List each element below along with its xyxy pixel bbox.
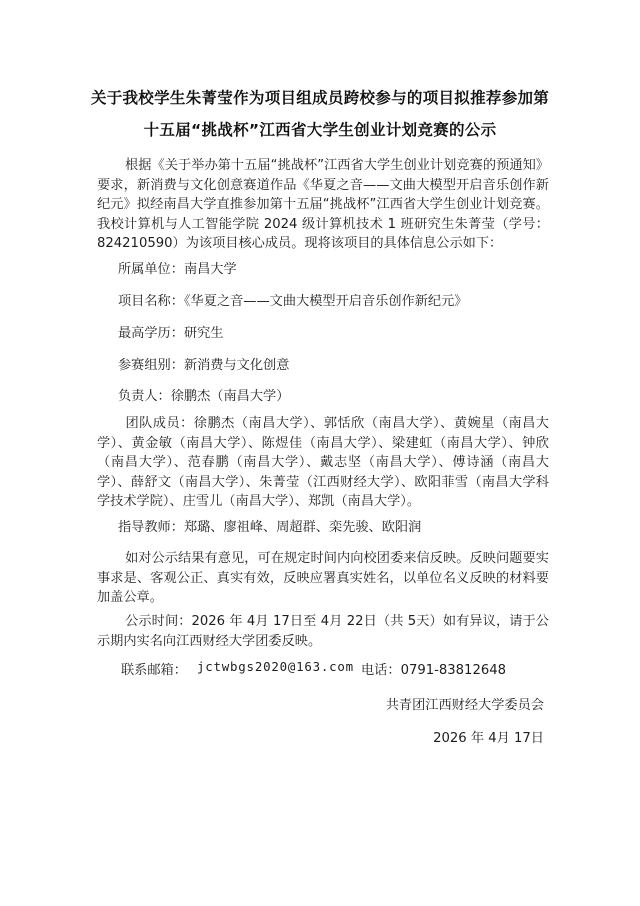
- team-label: 团队成员：: [125, 416, 194, 431]
- document-page: 关于我校学生朱菁莹作为项目组成员跨校参与的项目拟推荐参加第 十五届“挑战杯”江西…: [0, 0, 640, 906]
- contact-phone-label: 电话：: [361, 663, 401, 678]
- advisors-value: 郑璐、廖祖峰、周超群、栾先骏、欧阳润: [184, 520, 421, 535]
- field-value: 研究生: [184, 326, 224, 341]
- signature-date: 2026 年 4月 17日: [433, 727, 544, 746]
- field-education: 最高学历：研究生: [118, 324, 224, 343]
- contact-phone-number: 0791-83812648: [401, 663, 506, 678]
- field-value: 《华夏之音——文曲大模型开启音乐创作新纪元》: [184, 294, 468, 309]
- contact-email[interactable]: jctwbgs2020@163.com: [197, 659, 354, 674]
- document-title-line-2: 十五届“挑战杯”江西省大学生创业计划竞赛的公示: [0, 118, 640, 140]
- field-affiliation: 所属单位：南昌大学: [118, 260, 237, 279]
- field-leader: 负责人：徐鹏杰（南昌大学）: [118, 387, 289, 406]
- field-category: 参赛组别：新消费与文化创意: [118, 356, 289, 375]
- team-members-paragraph: 团队成员：徐鹏杰（南昌大学）、郭恬欣（南昌大学）、黄婉星（南昌大学）、黄金敏（南…: [97, 414, 549, 512]
- signature-organization: 共青团江西财经大学委员会: [386, 694, 544, 713]
- period-text: 公示时间：2026 年 4月 17日至 4月 22日（共 5天）如有异议，请于公…: [97, 614, 549, 649]
- field-value: 徐鹏杰（南昌大学）: [171, 389, 290, 404]
- advisors-line: 指导教师：郑璐、廖祖峰、周超群、栾先骏、欧阳润: [118, 518, 421, 537]
- intro-text: 根据《关于举办第十五届“挑战杯”江西省大学生创业计划竞赛的预通知》要求，新消费与…: [97, 158, 549, 251]
- objection-paragraph: 如对公示结果有意见，可在规定时间内向校团委来信反映。反映问题要实事求是、客观公正…: [97, 549, 549, 608]
- document-title-line-1: 关于我校学生朱菁莹作为项目组成员跨校参与的项目拟推荐参加第: [0, 86, 640, 108]
- objection-text: 如对公示结果有意见，可在规定时间内向校团委来信反映。反映问题要实事求是、客观公正…: [97, 551, 549, 605]
- field-label: 负责人：: [118, 389, 171, 404]
- advisors-label: 指导教师：: [118, 520, 184, 535]
- intro-paragraph: 根据《关于举办第十五届“挑战杯”江西省大学生创业计划竞赛的预通知》要求，新消费与…: [97, 156, 549, 254]
- field-label: 参赛组别：: [118, 358, 184, 373]
- field-label: 最高学历：: [118, 326, 184, 341]
- field-project-name: 项目名称：《华夏之音——文曲大模型开启音乐创作新纪元》: [118, 292, 467, 311]
- contact-email-label: 联系邮箱：: [121, 659, 187, 678]
- field-value: 新消费与文化创意: [184, 358, 290, 373]
- period-paragraph: 公示时间：2026 年 4月 17日至 4月 22日（共 5天）如有异议，请于公…: [97, 612, 549, 651]
- field-label: 项目名称：: [118, 294, 184, 309]
- contact-phone: 电话：0791-83812648: [361, 659, 506, 678]
- field-value: 南昌大学: [184, 262, 237, 277]
- field-label: 所属单位：: [118, 262, 184, 277]
